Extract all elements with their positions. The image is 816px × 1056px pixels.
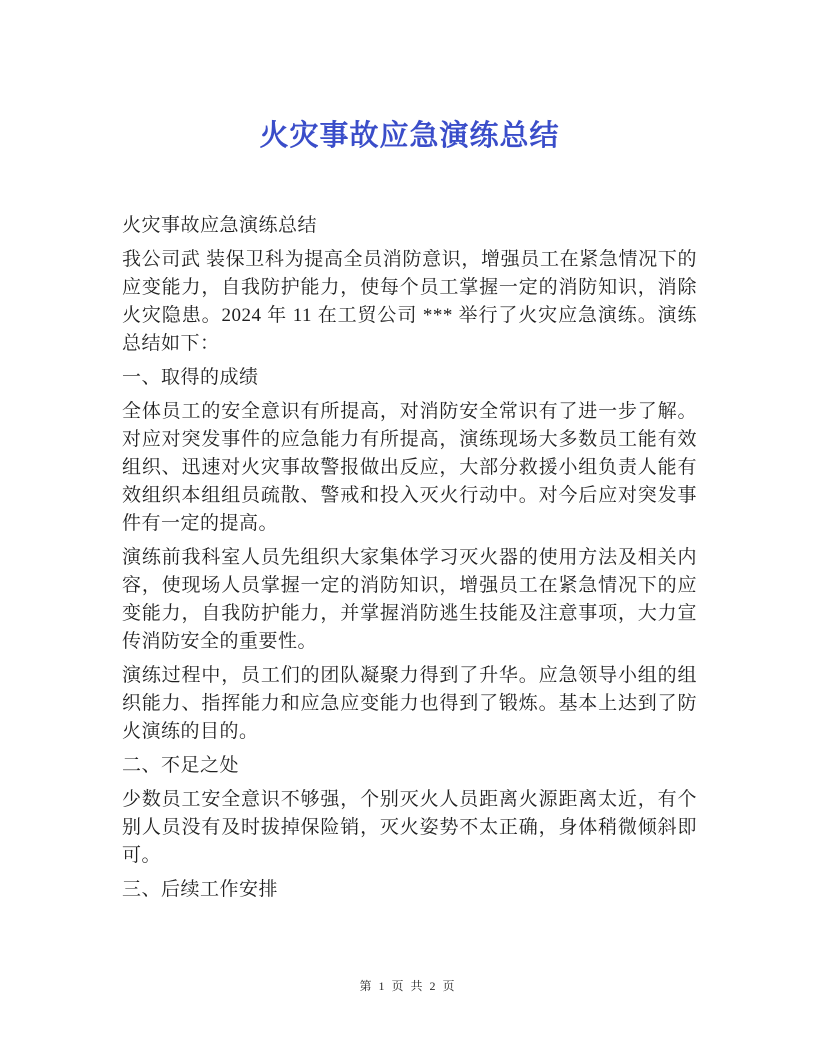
- document-body: 火灾事故应急演练总结我公司武 装保卫科为提高全员消防意识，增强员工在紧急情况下的…: [122, 212, 697, 904]
- section-heading: 二、不足之处: [122, 752, 697, 780]
- section-heading: 一、取得的成绩: [122, 364, 697, 392]
- document-title: 火灾事故应急演练总结: [122, 116, 697, 156]
- paragraph: 我公司武 装保卫科为提高全员消防意识，增强员工在紧急情况下的应变能力，自我防护能…: [122, 246, 697, 358]
- section-heading: 三、后续工作安排: [122, 876, 697, 904]
- paragraph: 演练过程中，员工们的团队凝聚力得到了升华。应急领导小组的组织能力、指挥能力和应急…: [122, 662, 697, 746]
- document-page: 火灾事故应急演练总结 火灾事故应急演练总结我公司武 装保卫科为提高全员消防意识，…: [0, 0, 816, 1056]
- paragraph: 火灾事故应急演练总结: [122, 212, 697, 240]
- paragraph: 少数员工安全意识不够强，个别灭火人员距离火源距离太近，有个别人员没有及时拔掉保险…: [122, 786, 697, 870]
- paragraph: 全体员工的安全意识有所提高，对消防安全常识有了进一步了解。对应对突发事件的应急能…: [122, 398, 697, 538]
- paragraph: 演练前我科室人员先组织大家集体学习灭火器的使用方法及相关内容，使现场人员掌握一定…: [122, 544, 697, 656]
- page-footer: 第 1 页 共 2 页: [0, 977, 816, 994]
- page-number: 第 1 页 共 2 页: [359, 979, 456, 993]
